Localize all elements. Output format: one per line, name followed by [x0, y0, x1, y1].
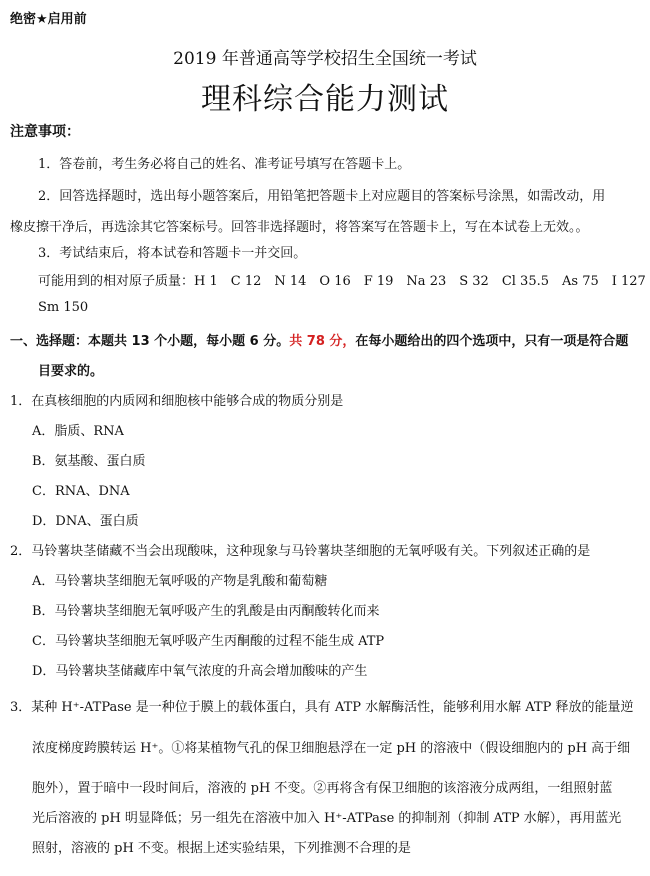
atomic-mass-line-2: Sm 150	[38, 300, 88, 315]
notice-item-3: 3．考试结束后，将本试卷和答题卡一并交回。	[38, 242, 306, 261]
exam-subtitle: 2019 年普通高等学校招生全国统一考试	[0, 44, 650, 69]
question-2-option-a: A．马铃薯块茎细胞无氧呼吸的产物是乳酸和葡萄糖	[32, 570, 327, 589]
question-3-stem-line-4: 光后溶液的 pH 明显降低；另一组先在溶液中加入 H⁺-ATPase 的抑制剂（…	[32, 807, 621, 826]
exam-title: 理科综合能力测试	[0, 74, 650, 118]
question-2-option-d: D．马铃薯块茎储藏库中氧气浓度的升高会增加酸味的产生	[32, 660, 367, 679]
notice-heading: 注意事项：	[10, 121, 80, 141]
question-3-stem-line-1: 3．某种 H⁺-ATPase 是一种位于膜上的载体蛋白，具有 ATP 水解酶活性…	[10, 696, 633, 715]
question-1-stem: 1．在真核细胞的内质网和细胞核中能够合成的物质分别是	[10, 390, 343, 409]
question-1-option-d: D．DNA、蛋白质	[32, 510, 139, 529]
notice-item-1: 1．答卷前，考生务必将自己的姓名、准考证号填写在答题卡上。	[38, 153, 410, 172]
notice-item-2: 2．回答选择题时，选出每小题答案后，用铅笔把答题卡上对应题目的答案标号涂黑，如需…	[38, 185, 605, 204]
section-suffix: 在每小题给出的四个选项中，只有一项是符合题	[355, 334, 628, 349]
question-2-stem: 2．马铃薯块茎储藏不当会出现酸味，这种现象与马铃薯块茎细胞的无氧呼吸有关。下列叙…	[10, 540, 590, 559]
secret-label: 绝密★启用前	[10, 8, 87, 27]
question-3-stem-line-2: 浓度梯度跨膜转运 H⁺。①将某植物气孔的保卫细胞悬浮在一定 pH 的溶液中（假设…	[32, 737, 630, 756]
question-1-option-a: A．脂质、RNA	[32, 420, 124, 439]
section-heading: 一、选择题：本题共 13 个小题，每小题 6 分。共 78 分，在每小题给出的四…	[10, 330, 628, 349]
question-1-option-c: C．RNA、DNA	[32, 480, 130, 499]
question-3-stem-line-5: 照射，溶液的 pH 不变。根据上述实验结果，下列推测不合理的是	[32, 837, 411, 856]
question-3-stem-line-3: 胞外），置于暗中一段时间后，溶液的 pH 不变。②再将含有保卫细胞的该溶液分成两…	[32, 777, 612, 796]
question-1-option-b: B．氨基酸、蛋白质	[32, 450, 146, 469]
section-prefix: 一、选择题：本题共 13 个小题，每小题 6 分。	[10, 334, 289, 349]
section-heading-cont: 目要求的。	[38, 360, 103, 379]
section-total-score: 共 78 分，	[289, 334, 355, 349]
notice-item-2-cont: 橡皮擦干净后，再选涂其它答案标号。回答非选择题时，将答案写在答题卡上，写在本试卷…	[10, 216, 589, 235]
question-2-option-b: B．马铃薯块茎细胞无氧呼吸产生的乳酸是由丙酮酸转化而来	[32, 600, 380, 619]
atomic-mass-line-1: 可能用到的相对原子质量：H 1 C 12 N 14 O 16 F 19 Na 2…	[38, 270, 646, 289]
question-2-option-c: C．马铃薯块茎细胞无氧呼吸产生丙酮酸的过程不能生成 ATP	[32, 630, 384, 649]
